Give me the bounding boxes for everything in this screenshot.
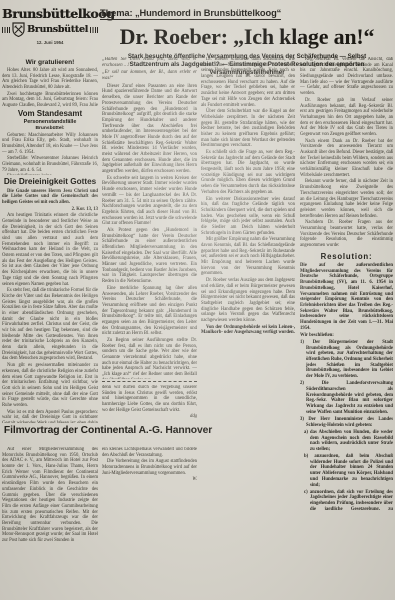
- resolution-subitem: c) anzuordnen, daß sich vor Erteilung de…: [304, 490, 393, 510]
- notice-paragraph: Hohes Alter. 80 Jahre alt wird am Sonnab…: [2, 68, 98, 91]
- masthead-subtitle: Brunsbüttel: [27, 24, 88, 35]
- article-paragraph: Bekannt wurde ferner, daß in nächster Ze…: [300, 179, 393, 219]
- author-initials: W.: [102, 477, 197, 483]
- article-paragraph: Auf einer Mitgliederversammlung des Moto…: [2, 447, 98, 544]
- emphasized-paragraph: Von der Ordnungsbehörde sei kein Leinen-…: [201, 325, 295, 336]
- pull-quote: „Er soll nur kommen, der Bl., dann erleb…: [102, 70, 197, 81]
- notice-paragraph: Zwei hochbetagte Brunsbüttelerinnen könn…: [2, 92, 98, 108]
- article-paragraph: Am heutigen Trinitatis erinnert die chri…: [2, 213, 98, 287]
- resolution-item: 3) Der Herr Innenminister des Landes Sch…: [300, 417, 393, 428]
- ornament-bar-left: [2, 27, 10, 33]
- article-paragraph: Nachdem Dr. Roeber Fragen aus der Versam…: [300, 220, 393, 248]
- pull-quote: „Halten Sie Ihren Hund fest, sonst wird …: [102, 57, 197, 68]
- article-paragraph: Es steht fest, daß die trinitarische For…: [2, 288, 98, 362]
- article-paragraph: Dr. Roeber schilderte dann ausführlich, …: [201, 57, 295, 108]
- article-paragraph: Ein weiterer Diskussionsredner wies dara…: [201, 197, 295, 237]
- article-column-1: „Halten Sie Ihren Hund fest, sonst wird …: [102, 57, 197, 379]
- article-paragraph: Die Vorbereitung des im August stattfind…: [102, 459, 197, 476]
- resolution-subitem: a) das Abschießen von Hunden, die weder …: [304, 430, 393, 453]
- section-standesamt: Vom Standesamt Personenstandsfälle Bruns…: [2, 109, 98, 175]
- section-subheading: Personenstandsfälle: [2, 119, 98, 125]
- place-label: Brunsbüttel:: [2, 126, 98, 131]
- section-heading: Vom Standesamt: [2, 109, 98, 118]
- article-paragraph: Zu Beginn seiner Ausführungen stellte Dr…: [102, 338, 197, 379]
- article-paragraph: Reg.-Sekretär Bl. vertrete die Ansicht, …: [300, 57, 393, 97]
- film-article-column-1: Auf einer Mitgliederversammlung des Moto…: [2, 447, 98, 554]
- masthead: Brunsbüttelkoog Brunsbüttel 12. Juni 195…: [2, 6, 98, 45]
- coat-of-arms-icon: [12, 22, 25, 37]
- article-paragraph: Mit größter Empörung nahm die Versammlun…: [201, 237, 295, 277]
- article-paragraph: denn wir dürfen durch die Vergebung unse…: [102, 385, 197, 413]
- kicker: Thema: „Hundemord in Brunsbüttelkoog“: [100, 8, 281, 20]
- issue-date: 12. Juni 1954: [2, 40, 98, 45]
- section-dreieinigkeit: Die Dreieinigkeit Gottes Die Gnade unser…: [2, 177, 98, 423]
- article-paragraph: Eine merkliche Spannung lag über allen A…: [102, 286, 197, 337]
- resolution-heading: Resolution:: [300, 252, 393, 261]
- article-paragraph: Es schließt sich die Frage an, wer dem R…: [201, 150, 295, 196]
- article-paragraph: Über dem Schulterblatt war die Kugel an …: [201, 109, 295, 149]
- scripture-quote: Die Gnade unseres Herrn Jesu Christi und…: [2, 189, 98, 206]
- resolution-intro: Die auf der außerordentlichen Mitglieder…: [300, 263, 393, 331]
- marriages-entry: Eheschließungen: keine.: [2, 174, 98, 175]
- film-article-column-2: ein kleines Lichtspielhaus verwandelt un…: [102, 447, 197, 489]
- section-heading: Wir gratulieren!: [2, 59, 98, 66]
- scripture-reference: 2. Kor. 13, 13: [2, 207, 98, 213]
- section-wir-gratulieren: Wir gratulieren! Hohes Alter. 80 Jahre a…: [2, 59, 98, 108]
- deaths-entry: Sterbefälle: Witwenrentner Johannes Hein…: [2, 156, 98, 173]
- main-headline: Dr. Roeber: „Ich klage an!“: [100, 24, 394, 50]
- article-paragraph: Nun gilt es gewissermaßen miteinander zu…: [2, 363, 98, 409]
- article-paragraph: Was ist es mit dem Apostel Paulus gespro…: [2, 410, 98, 423]
- ornament-bar-right: [90, 27, 98, 33]
- masthead-title: Brunsbüttelkoog: [2, 6, 98, 21]
- resolution-lead: Wir beschließen:: [300, 333, 393, 339]
- section-heading: Die Dreieinigkeit Gottes: [2, 177, 98, 186]
- article-paragraph: Dr. Roeber verlas Auszüge aus dem Jagdge…: [201, 278, 295, 324]
- church-article-continuation: denn wir dürfen durch die Vergebung unse…: [102, 385, 197, 423]
- resolution-item: 2) Die Landesforstverwaltung Süderdithma…: [300, 381, 393, 415]
- article-paragraph: Nach einem Dank an Dr. Roeber bat der Vo…: [300, 139, 393, 179]
- article-paragraph: ein kleines Lichtspielhaus verwandelt un…: [102, 447, 197, 458]
- resolution-subitem: b) anzuordnen, daß beim Abschuß wildernd…: [304, 454, 393, 488]
- author-initials: ddg: [102, 414, 197, 420]
- newspaper-page: Brunsbüttelkoog Brunsbüttel 12. Juni 195…: [0, 0, 395, 600]
- births-entry: Geburten: Maschinenarbeiter Willy Johann…: [2, 133, 98, 156]
- article-paragraph: Es schwelte seit langem in weiten Kreise…: [102, 176, 197, 227]
- film-article-heading: Filmvortrag der Continental A.-G. Hannov…: [2, 425, 214, 436]
- article-paragraph: Dr. Roeber gab im Verlauf seiner Ausführ…: [300, 98, 393, 138]
- dashed-divider: [102, 381, 197, 382]
- resolution-item: 1) Der Bürgermeister der Stadt Brunsbütt…: [300, 340, 393, 380]
- article-column-3: Reg.-Sekretär Bl. vertrete die Ansicht, …: [300, 57, 393, 510]
- article-paragraph: Als Protest gegen den „Hundemord in Brun…: [102, 228, 197, 285]
- masthead-row: Brunsbüttel: [2, 22, 98, 37]
- article-column-2: Dr. Roeber schilderte dann ausführlich, …: [201, 57, 295, 466]
- article-paragraph: Dieser Zuruf eines Passanten an eine ihr…: [102, 84, 197, 175]
